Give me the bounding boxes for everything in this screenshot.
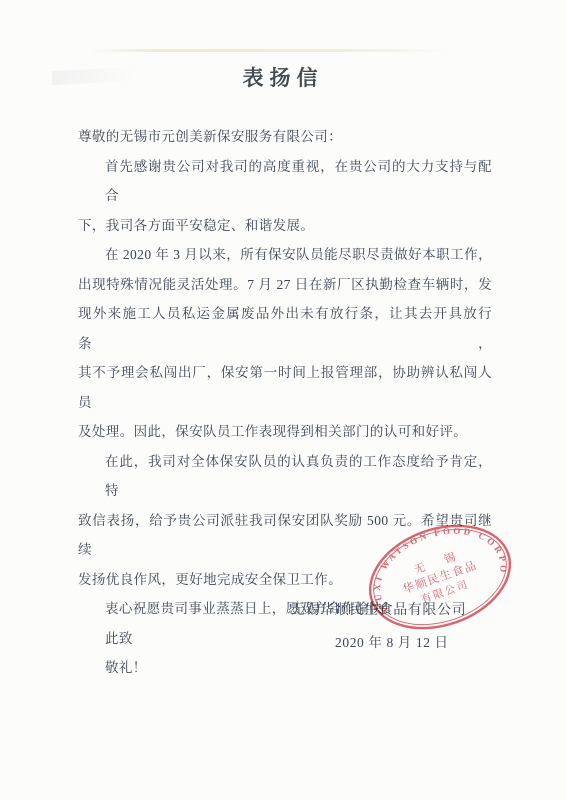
scan-artifact-band — [88, 49, 450, 52]
letter-line: 首先感谢贵公司对我司的高度重视，在贵公司的大力支持与配合 — [78, 152, 492, 211]
letter-line: 其不予理会私闯出厂，保安第一时间上报管理部，协助辨认私闯人员 — [78, 358, 492, 417]
letter-line: 在此，我司对全体保安队员的认真负责的工作态度给予肯定，特 — [78, 447, 492, 506]
letter-title: 表扬信 — [0, 62, 566, 92]
letter-line: 现外来施工人员私运金属废品外出未有放行条，让其去开具放行条， — [78, 299, 492, 358]
letter-line: 出现特殊情况能灵活处理。7 月 27 日在新厂区执勤检查车辆时，发 — [78, 270, 492, 300]
closing-jingli-line: 敬礼！ — [78, 653, 492, 683]
letter-line: 下，我司各方面平安稳定、和谐发展。 — [78, 211, 492, 241]
letter-line: 在 2020 年 3 月以来，所有保安队员能尽职尽责做好本职工作， — [78, 240, 492, 270]
salutation-line: 尊敬的无锡市元创美新保安服务有限公司： — [78, 122, 492, 152]
company-seal-stamp: WUXI WATSON FOOD CORPORATION LTD 无 锡 华顺民… — [360, 514, 520, 640]
scanned-letter-page: 表扬信 尊敬的无锡市元创美新保安服务有限公司： 首先感谢贵公司对我司的高度重视，… — [0, 0, 566, 800]
letter-line: 及处理。因此，保安队员工作表现得到相关部门的认可和好评。 — [78, 417, 492, 447]
